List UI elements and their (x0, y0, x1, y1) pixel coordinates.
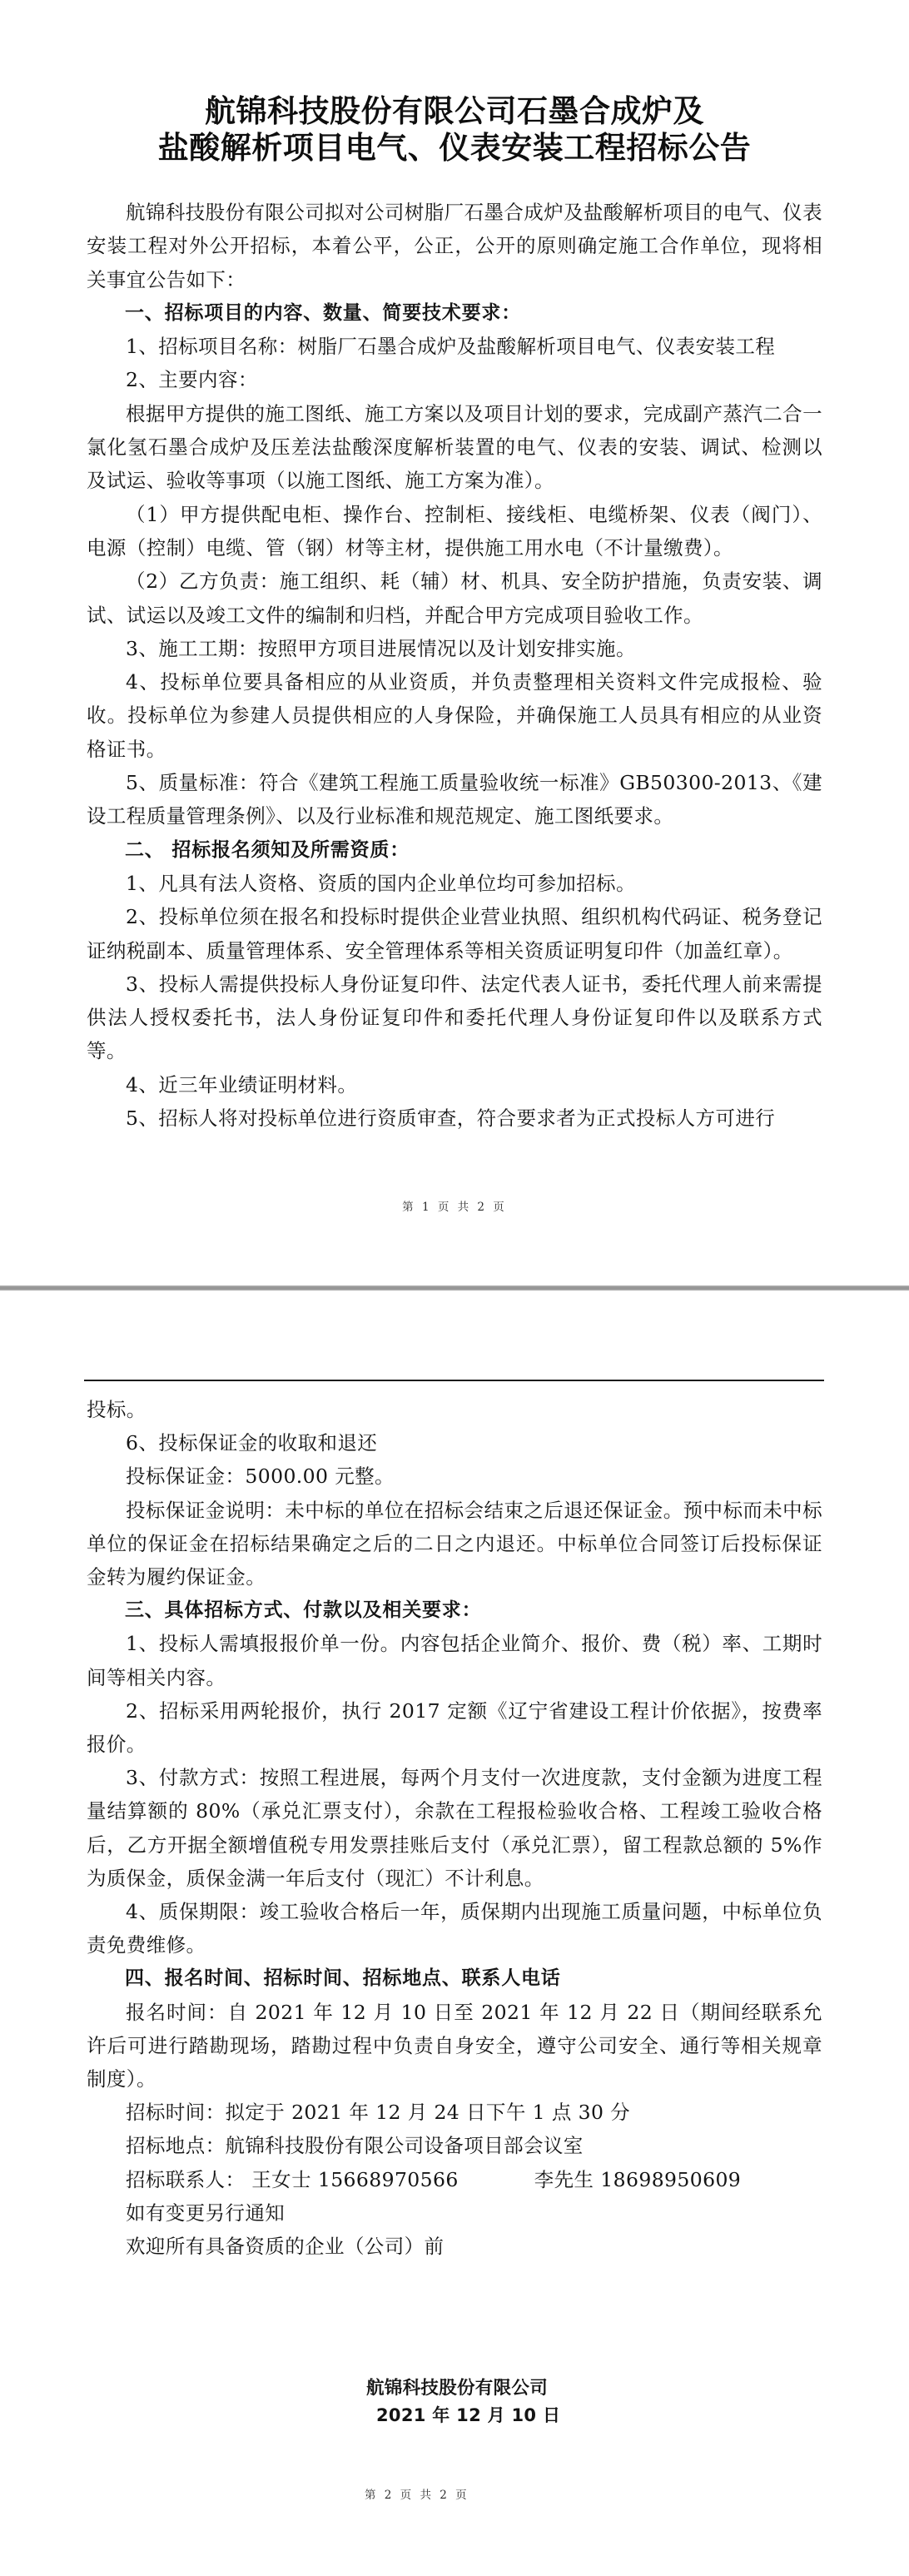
page-number-footer-2: 第 2 页 共 2 页 (365, 2485, 469, 2502)
bidding-time: 招标时间：拟定于 2021 年 12 月 24 日下午 1 点 30 分 (87, 2096, 822, 2129)
page-1-body: 航锦科技股份有限公司拟对公司树脂厂石墨合成炉及盐酸解析项目的电气、仪表安装工程对… (87, 196, 822, 1135)
contact-label: 招标联系人： (126, 2168, 245, 2191)
item-quality-standard: 5、质量标准：符合《建筑工程施工质量验收统一标准》GB50300-2013、《建… (87, 766, 822, 833)
document-title-line-2: 盐酸解析项目电气、仪表安装工程招标公告 (0, 130, 909, 167)
party-b-responsibility-paragraph: （2）乙方负责：施工组织、耗（辅）材、机具、安全防护措施，负责安装、调试、试运以… (87, 564, 822, 632)
registration-time: 报名时间：自 2021 年 12 月 10 日至 2021 年 12 月 22 … (87, 1996, 822, 2096)
intro-paragraph: 航锦科技股份有限公司拟对公司树脂厂石墨合成炉及盐酸解析项目的电气、仪表安装工程对… (87, 196, 822, 296)
change-notice: 如有变更另行通知 (87, 2196, 822, 2230)
item-qualification: 4、投标单位要具备相应的从业资质，并负责整理相关资料文件完成报检、验收。投标单位… (87, 665, 822, 766)
requirement-4: 4、近三年业绩证明材料。 (87, 1068, 822, 1102)
document-page-1: 航锦科技股份有限公司石墨合成炉及 盐酸解析项目电气、仪表安装工程招标公告 航锦科… (0, 0, 909, 1286)
method-1-quotation: 1、投标人需填报报价单一份。内容包括企业简介、报价、费（税）率、工期时间等相关内… (87, 1627, 822, 1693)
item-bid-deposit-title: 6、投标保证金的收取和退还 (87, 1426, 822, 1460)
contact-li: 李先生 18698950609 (495, 2163, 741, 2196)
requirement-1: 1、凡具有法人资格、资质的国内企业单位均可参加招标。 (87, 867, 822, 900)
main-content-paragraph: 根据甲方提供的施工图纸、施工方案以及项目计划的要求，完成副产蒸汽二合一氯化氢石墨… (87, 397, 822, 498)
document-title: 航锦科技股份有限公司石墨合成炉及 盐酸解析项目电气、仪表安装工程招标公告 (0, 93, 909, 167)
requirement-3: 3、投标人需提供投标人身份证复印件、法定代表人证书，委托代理人前来需提供法人授权… (87, 967, 822, 1068)
requirement-2: 2、投标单位须在报名和投标时提供企业营业执照、组织机构代码证、税务登记证纳税副本… (87, 900, 822, 967)
section-heading-3: 三、具体招标方式、付款以及相关要求： (87, 1594, 822, 1627)
signature-company: 航锦科技股份有限公司 (366, 2375, 560, 2402)
signature-date: 2021 年 12 月 10 日 (366, 2402, 560, 2429)
bid-deposit-amount: 投标保证金：5000.00 元整。 (87, 1460, 822, 1493)
continued-text: 投标。 (87, 1393, 822, 1426)
method-3-payment: 3、付款方式：按照工程进展，每两个月支付一次进度款，支付金额为进度工程量结算额的… (87, 1761, 822, 1895)
item-project-name: 1、招标项目名称：树脂厂石墨合成炉及盐酸解析项目电气、仪表安装工程 (87, 330, 822, 363)
party-a-supply-paragraph: （1）甲方提供配电柜、操作台、控制柜、接线柜、电缆桥架、仪表（阀门）、电源（控制… (87, 498, 822, 565)
welcome-line: 欢迎所有具备资质的企业（公司）前 (87, 2230, 822, 2263)
bid-deposit-explanation: 投标保证金说明：未中标的单位在招标会结束之后退还保证金。预中标而未中标单位的保证… (87, 1494, 822, 1594)
page-header-rule (84, 1380, 824, 1381)
signature-block: 航锦科技股份有限公司 2021 年 12 月 10 日 (366, 2375, 560, 2429)
item-construction-period: 3、施工工期：按照甲方项目进展情况以及计划安排实施。 (87, 632, 822, 665)
page-2-body: 投标。 6、投标保证金的收取和退还 投标保证金：5000.00 元整。 投标保证… (87, 1393, 822, 2263)
item-main-content-label: 2、主要内容： (87, 363, 822, 396)
page-number-footer: 第 1 页 共 2 页 (0, 1197, 909, 1214)
requirement-5: 5、招标人将对投标单位进行资质审查，符合要求者为正式投标人方可进行 (87, 1102, 822, 1135)
section-heading-4: 四、报名时间、招标时间、招标地点、联系人电话 (87, 1962, 822, 1995)
document-title-line-1: 航锦科技股份有限公司石墨合成炉及 (0, 93, 909, 130)
bidding-location: 招标地点：航锦科技股份有限公司设备项目部会议室 (87, 2129, 822, 2162)
method-4-warranty: 4、质保期限：竣工验收合格后一年，质保期内出现施工质量问题，中标单位负责免费维修… (87, 1895, 822, 1962)
contact-wang: 王女士 15668970566 (251, 2168, 458, 2191)
method-2-pricing: 2、招标采用两轮报价，执行 2017 定额《辽宁省建设工程计价依据》，按费率报价… (87, 1694, 822, 1761)
contact-persons: 招标联系人： 王女士 15668970566李先生 18698950609 (87, 2163, 822, 2196)
page-separator (0, 1286, 909, 1290)
section-heading-2: 二、 招标报名须知及所需资质： (87, 833, 822, 867)
section-heading-1: 一、招标项目的内容、数量、简要技术要求： (87, 296, 822, 330)
